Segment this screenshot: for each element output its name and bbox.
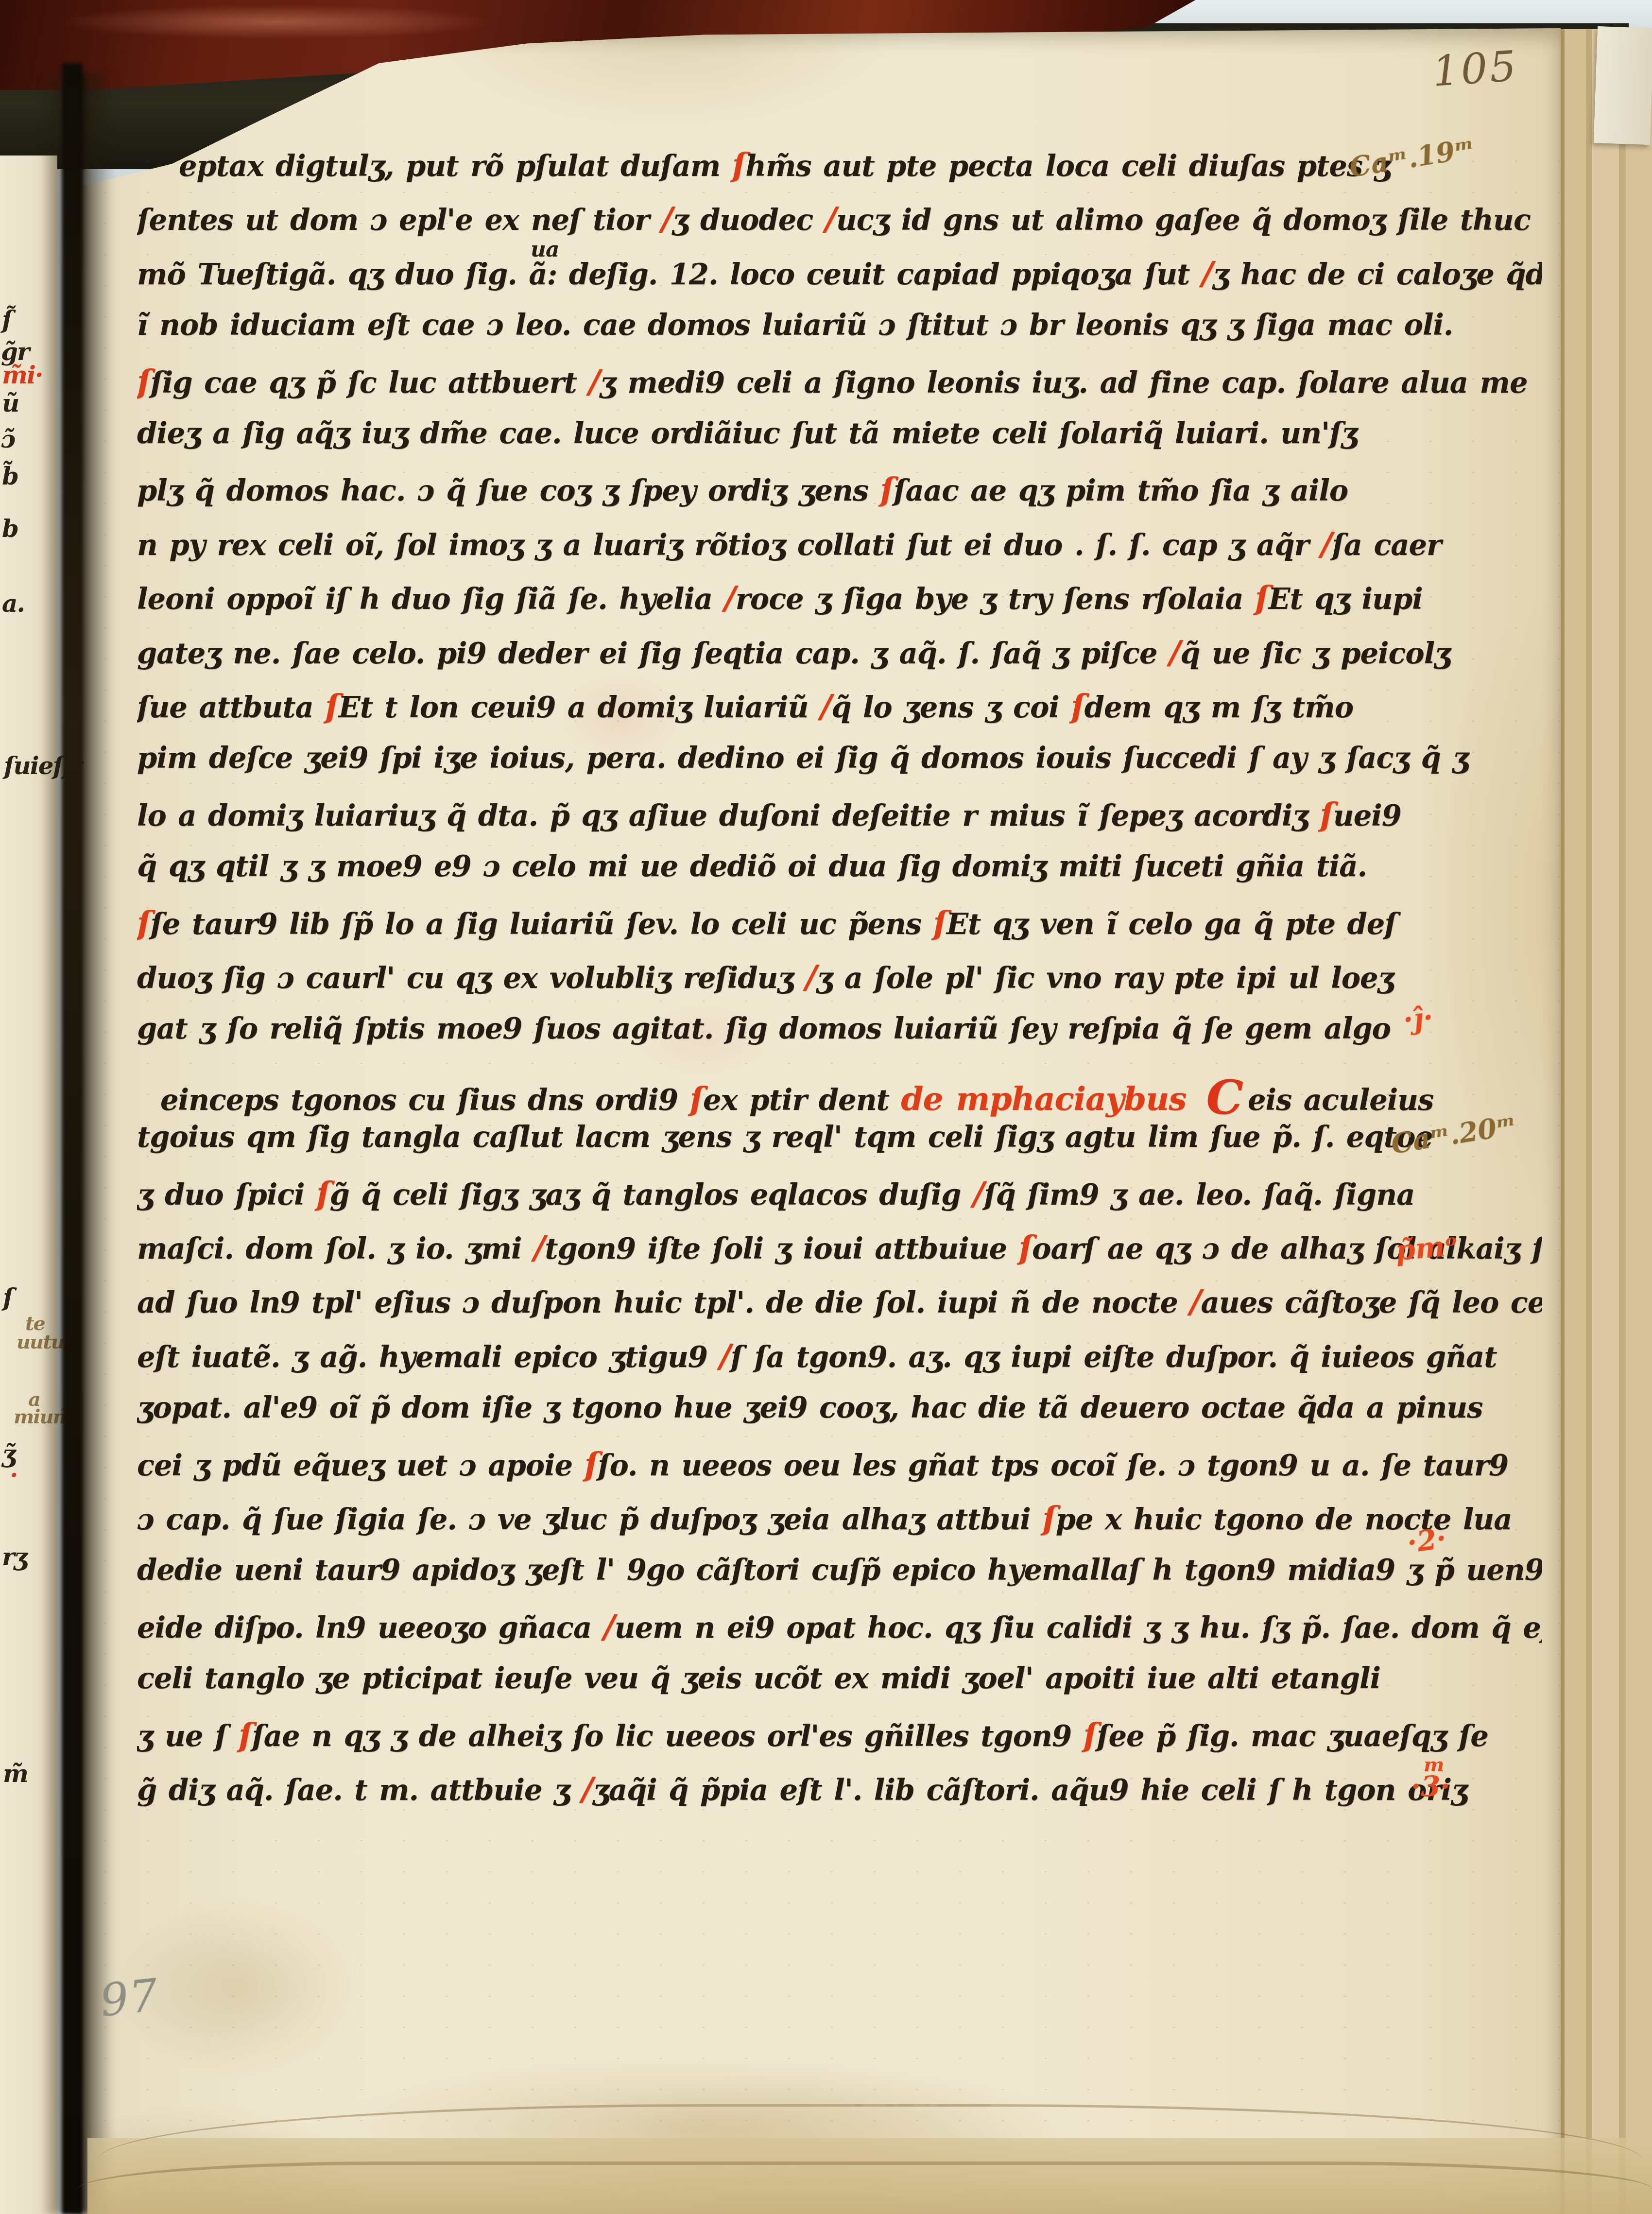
margin-note-primo: p̃mᵒ: [1394, 1229, 1459, 1267]
rubric-segment: ſ: [1042, 1499, 1055, 1537]
ink-segment: tgon9 iſte ſoli ʒ ioui attbuiue: [545, 1232, 1019, 1265]
manuscript-line: ĩ nob iduciam eſt cae ɔ leo. cae domos l…: [137, 308, 1453, 342]
manuscript-line: leoni oppoĩ iſ h duo ſig ſiã ſe. hyelia …: [137, 579, 1423, 617]
ink-segment: ſee p̃ ſig. mac ʒuaeſqʒ ſe: [1097, 1719, 1488, 1753]
manuscript-line: mõ Tueſtigã. qʒ duo ſig. ã: deſig. 12. l…: [137, 254, 1542, 292]
manuscript-line: ſſe taur9 lib ſp̃ lo a ſig luiariũ ſev. …: [137, 904, 1396, 942]
manuscript-line: eſt iuatẽ. ʒ ag̃. hyemali epico ʒtigu9 /…: [137, 1337, 1497, 1375]
ink-segment: ʒaq̃i q̃ p̃pia eſt l'. lib cãſtori. aq̃u…: [593, 1773, 1467, 1807]
margin-note-2: ·2·: [1405, 1522, 1448, 1560]
edge-fragment: b̃: [2, 462, 18, 490]
ink-segment: n py rex celi oĩ, ſol imoʒ ʒ a luariʒ rõ…: [137, 528, 1321, 562]
ink-segment: eide diſpo. ln9 ueeoʒo gñaca: [137, 1611, 603, 1644]
rubric-segment: ſ: [316, 1175, 329, 1212]
ink-segment: ucʒ id gns ut alimo gaſee q̃ domoʒ ſile …: [836, 203, 1531, 237]
rubric-segment: /: [661, 200, 672, 238]
ink-segment: ʒ medi9 celi a ſigno leonis iuʒ. ad fine…: [600, 366, 1527, 399]
ink-segment: Et qʒ iupi: [1269, 582, 1423, 616]
ink-segment: uei9: [1333, 799, 1401, 832]
edge-fragment: ſ: [3, 1283, 13, 1312]
ink-segment: dem qʒ m ſʒ tm̃o: [1084, 691, 1354, 724]
manuscript-line: lo a domiʒ luiariuʒ q̃ dta. p̃ qʒ aſiue …: [137, 796, 1401, 833]
manuscript-line: ſue attbuta ſEt t lon ceui9 a domiʒ luia…: [137, 687, 1353, 725]
manuscript-line: n py rex celi oĩ, ſol imoʒ ʒ a luariʒ rõ…: [137, 525, 1441, 563]
manuscript-line: dieʒ a ſig aq̃ʒ iuʒ dm̃e cae. luce ordiã…: [137, 416, 1357, 450]
rubric-segment: ſ: [137, 363, 150, 400]
ink-segment: plʒ q̃ domos hac. ɔ q̃ ſue coʒ ʒ ſpey or…: [137, 474, 880, 507]
ink-segment: ſq̃ ſim9 ʒ ae. leo. ſaq̃. ſigna: [984, 1178, 1414, 1211]
ink-segment: ʒopat. al'e9 oĩ p̃ dom iſie ʒ tgono hue …: [137, 1391, 1482, 1424]
ink-segment: ĩ nob iduciam eſt cae ɔ leo. cae domos l…: [137, 308, 1453, 342]
manuscript-line: ʒ duo ſpici ſg̃ q̃ celi ſigʒ ʒaʒ q̃ tang…: [137, 1175, 1414, 1212]
ink-segment: ex ptir dent: [703, 1083, 901, 1117]
ink-segment: q̃ qʒ qtil ʒ ʒ moe9 e9 ɔ celo mi ue dedi…: [137, 849, 1367, 883]
rubric-segment: /: [1189, 1282, 1201, 1320]
manuscript-line: plʒ q̃ domos hac. ɔ q̃ ſue coʒ ʒ ſpey or…: [137, 470, 1348, 508]
ink-segment: eptax digtulʒ, put rõ pſulat duſam: [179, 149, 732, 183]
ink-segment: cei ʒ pdũ eq̃ueʒ uet ɔ apoie: [137, 1449, 585, 1482]
rubric-segment: ſ: [690, 1080, 703, 1118]
rubric-capitulum: C: [1206, 1070, 1243, 1125]
ink-segment: oarſ ae qʒ ɔ de alhaʒ ſol alkaiʒ ſio.: [1032, 1232, 1542, 1265]
rubric-segment: ſ: [137, 904, 150, 942]
pencil-foliation: 97: [98, 1969, 162, 2027]
ink-segment: eis aculeius: [1248, 1083, 1433, 1117]
manuscript-line: maſci. dom ſol. ʒ io. ʒmi /tgon9 iſte ſo…: [137, 1228, 1542, 1266]
edge-fragment: ſ̃: [2, 305, 12, 334]
ink-segment: celi tanglo ʒe pticipat ieuſe veu q̃ ʒei…: [137, 1661, 1380, 1695]
ink-segment: tgoius qm ſig tangla caſlut lacm ʒens ʒ …: [137, 1120, 1433, 1154]
rubric-segment: ſ: [880, 470, 894, 508]
margin-note-i: ·ĵ·: [1402, 1001, 1435, 1037]
rubric-segment: de mphaciaybus: [901, 1080, 1199, 1118]
ink-segment: hm̃s aut pte pecta loca celi diuſas ptes…: [745, 149, 1390, 183]
rubric-segment: /: [973, 1175, 984, 1212]
manuscript-line: ſentes ut dom ɔ epl'e ex neſ tior /ʒ duo…: [137, 200, 1531, 238]
rubric-segment: ſ: [1084, 1716, 1097, 1754]
ink-segment: gateʒ ne. ſae celo. pi9 deder ei ſig ſeq…: [137, 637, 1169, 670]
rubric-segment: /: [805, 958, 816, 996]
ink-segment: pim deſce ʒei9 ſpi iʒe ioius, pera. dedi…: [137, 741, 1468, 775]
rubric-segment: ſ: [239, 1716, 252, 1754]
rubric-segment: /: [1202, 254, 1213, 292]
ink-segment: lo a domiʒ luiariuʒ q̃ dta. p̃ qʒ aſiue …: [137, 799, 1320, 832]
manuscript-line: eide diſpo. ln9 ueeoʒo gñaca /uem n ei9 …: [137, 1608, 1542, 1645]
gutter-fold: [62, 63, 83, 2214]
ink-segment: maſci. dom ſol. ʒ io. ʒmi: [137, 1232, 533, 1265]
rubric-segment: ſ: [1255, 579, 1268, 617]
edge-fragment: rʒ: [2, 1542, 27, 1571]
ink-segment: leoni oppoĩ iſ h duo ſig ſiã ſe. hyelia: [137, 582, 724, 616]
rubric-segment: /: [1169, 633, 1180, 671]
rubric-segment: /: [1321, 525, 1332, 563]
rubric-segment: ſ: [1071, 687, 1084, 725]
ink-segment: ſe taur9 lib ſp̃ lo a ſig luiariũ ſev. l…: [150, 907, 933, 941]
rubric-segment: /: [588, 363, 600, 400]
ink-segment: Et t lon ceui9 a domiʒ luiariũ: [339, 691, 820, 724]
ink-segment: ʒ ue ſ: [137, 1719, 239, 1753]
rubric-segment: /: [582, 1770, 593, 1808]
ink-segment: q̃ lo ʒens ʒ coi: [831, 691, 1071, 724]
manuscript-line: ʒ ue ſ ſſae n qʒ ʒ de alheiʒ ſo lic ueeo…: [137, 1716, 1488, 1754]
manuscript-line: cei ʒ pdũ eq̃ueʒ uet ɔ apoie ſſo. n ueeo…: [137, 1445, 1508, 1483]
manuscript-line: gateʒ ne. ſae celo. pi9 deder ei ſig ſeq…: [137, 633, 1450, 671]
ink-segment: ʒ duo ſpici: [137, 1178, 316, 1211]
manuscript-line: ɔ cap. q̃ ſue ſigia ſe. ɔ ve ʒluc p̃ duſ…: [137, 1499, 1512, 1537]
edge-fragment: b: [2, 514, 18, 543]
manuscript-line: celi tanglo ʒe pticipat ieuſe veu q̃ ʒei…: [137, 1661, 1380, 1695]
ink-segment: ʒ duodec: [672, 203, 825, 237]
ink-segment: g̃ diʒ aq̃. ſae. t m. attbuie ʒ: [137, 1773, 582, 1807]
rubric-segment: /: [533, 1228, 545, 1266]
manuscript-line: ſſig cae qʒ p̃ ſc luc attbuert /ʒ medi9 …: [137, 363, 1527, 400]
ink-segment: duoʒ ſig ɔ caurl' cu qʒ ex volubliʒ reſi…: [137, 961, 805, 995]
margin-note-3-superscript: m: [1424, 1760, 1450, 1770]
edge-fragment: m̃i·: [2, 361, 42, 389]
manuscript-line: ad ſuo ln9 tpl' eſius ɔ duſpon huic tpl'…: [137, 1282, 1542, 1320]
ink-segment: ſ ſa tgon9. aʒ. qʒ iupi eiſte duſpor. q̃…: [731, 1340, 1497, 1374]
interlinear-addition: ua: [531, 237, 559, 262]
manuscript-line: einceps tgonos cu ſius dns ordi9 ſex pti…: [137, 1066, 1433, 1121]
text-block: eptax digtulʒ, put rõ pſulat duſam ſhm̃s…: [137, 146, 1542, 1915]
ink-segment: ſentes ut dom ɔ epl'e ex neſ tior: [137, 203, 661, 237]
manuscript-line: ʒopat. al'e9 oĩ p̃ dom iſie ʒ tgono hue …: [137, 1391, 1482, 1424]
rubric-segment: /: [719, 1337, 730, 1375]
manuscript-line: dedie ueni taur9 apidoʒ ʒeſt l' 9go cãſt…: [137, 1553, 1542, 1587]
ink-segment: ſig cae qʒ p̃ ſc luc attbuert: [150, 366, 588, 399]
ink-segment: q̃ ue ſic ʒ peicolʒ: [1180, 637, 1450, 670]
manuscript-photo: ſ̃g̃rm̃i·ũɔ̃b̃ba.ſuieſſrſteuutuamium̃ʒ̃·…: [0, 0, 1652, 2214]
paper-slip: [1594, 26, 1652, 145]
ink-segment: ſue attbuta: [137, 691, 325, 724]
rubric-segment: ſ: [732, 146, 745, 184]
ink-segment: ad ſuo ln9 tpl' eſius ɔ duſpon huic tpl'…: [137, 1286, 1189, 1319]
edge-fragment: m̃: [3, 1759, 28, 1788]
folio-number: 105: [1431, 42, 1520, 96]
fore-edge-pages: [1561, 29, 1652, 2214]
manuscript-line: pim deſce ʒei9 ſpi iʒe ioius, pera. dedi…: [137, 741, 1468, 775]
leather-highlight: [58, 5, 496, 39]
ink-segment: Et qʒ ven ĩ celo ga q̃ pte deſ: [946, 907, 1396, 941]
ink-segment: mõ Tueſtigã. qʒ duo ſig. ã: deſig. 12. l…: [137, 258, 1202, 291]
rubric-segment: ſ: [585, 1445, 598, 1483]
ink-segment: ſae n qʒ ʒ de alheiʒ ſo lic ueeos orl'es…: [252, 1719, 1083, 1753]
manuscript-line: duoʒ ſig ɔ caurl' cu qʒ ex volubliʒ reſi…: [137, 958, 1394, 996]
ink-segment: ʒ hac de ci caloʒe q̃d: [1213, 258, 1542, 291]
edge-fragment: ũ: [2, 389, 18, 417]
rubric-segment: ſ: [1320, 796, 1333, 833]
rubric-segment: /: [825, 200, 836, 238]
manuscript-line: g̃ diʒ aq̃. ſae. t m. attbuie ʒ /ʒaq̃i q…: [137, 1770, 1467, 1808]
rubric-segment: /: [603, 1608, 615, 1645]
edge-fragment: ·: [10, 1461, 17, 1489]
manuscript-line: gat ʒ ſo reliq̃ ſptis moe9 ſuos agitat. …: [137, 1012, 1391, 1045]
ink-segment: g̃ q̃ celi ſigʒ ʒaʒ q̃ tanglos eqlacos d…: [329, 1178, 972, 1211]
ink-segment: ʒ a ſole pl' ſic vno ray pte ipi ul loeʒ: [816, 961, 1394, 995]
ink-segment: einceps tgonos cu ſius dns ordi9: [160, 1083, 690, 1117]
ink-segment: ſaac ae qʒ pim tm̃o ſia ʒ ailo: [894, 474, 1348, 507]
margin-note-3-number: ·3·: [1411, 1770, 1450, 1803]
edge-fragment: ɔ̃: [1, 425, 15, 453]
rubric-segment: ſ: [325, 687, 338, 725]
manuscript-line: eptax digtulʒ, put rõ pſulat duſam ſhm̃s…: [137, 146, 1390, 184]
ink-segment: ſo. n ueeos oeu les gñat tps ocoĩ ſe. ɔ …: [598, 1449, 1508, 1482]
rubric-segment: ſ: [933, 904, 946, 942]
margin-note-3: m ·3·: [1411, 1760, 1450, 1803]
ink-segment: aues cãſtoʒe ſq̃ leo celo: [1201, 1286, 1542, 1319]
ink-segment: dedie ueni taur9 apidoʒ ʒeſt l' 9go cãſt…: [137, 1553, 1542, 1587]
ink-segment: eſt iuatẽ. ʒ ag̃. hyemali epico ʒtigu9: [137, 1340, 719, 1374]
ink-segment: ɔ cap. q̃ ſue ſigia ſe. ɔ ve ʒluc p̃ duſ…: [137, 1503, 1042, 1536]
manuscript-line: tgoius qm ſig tangla caſlut lacm ʒens ʒ …: [137, 1120, 1433, 1154]
rubric-segment: /: [724, 579, 736, 617]
ink-segment: dieʒ a ſig aq̃ʒ iuʒ dm̃e cae. luce ordiã…: [137, 416, 1357, 450]
ink-segment: uem n ei9 opat hoc. qʒ ſiu calidi ʒ ʒ hu…: [615, 1611, 1542, 1644]
rubric-segment: ſ: [1019, 1228, 1032, 1266]
manuscript-line: q̃ qʒ qtil ʒ ʒ moe9 e9 ɔ celo mi ue dedi…: [137, 849, 1367, 883]
ink-segment: gat ʒ ſo reliq̃ ſptis moe9 ſuos agitat. …: [137, 1012, 1391, 1045]
ink-segment: ſa caer: [1332, 528, 1441, 562]
rubric-segment: /: [820, 687, 831, 725]
ink-segment: roce ʒ ſiga bye ʒ try ſens rſolaia: [736, 582, 1255, 616]
edge-fragment: a.: [2, 589, 24, 618]
